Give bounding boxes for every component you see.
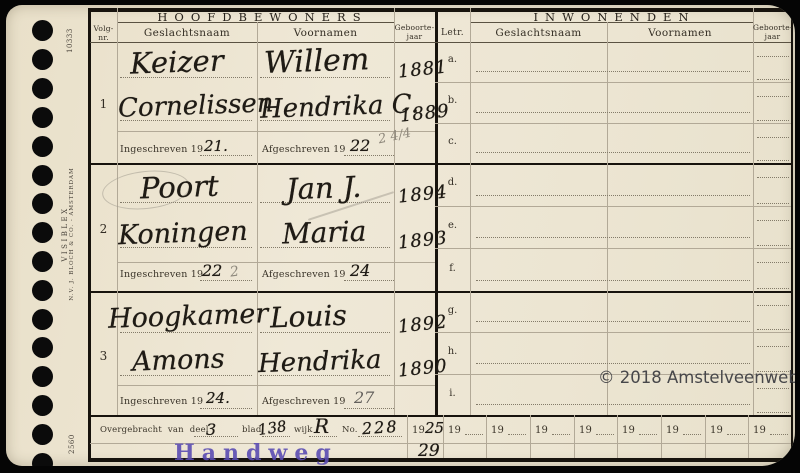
ingeschreven-label: Ingeschreven 19: [120, 396, 203, 407]
surname-entry: Amons: [132, 345, 225, 375]
dotted-writing-line: [757, 56, 789, 57]
dotted-writing-line: [757, 245, 789, 246]
grid-line: [117, 8, 118, 415]
firstname-entry: Willem: [264, 45, 370, 79]
birthyear-entry: 1890: [397, 357, 448, 380]
row-letter: i.: [435, 388, 470, 399]
row-letter: e.: [435, 220, 470, 231]
punch-hole: [32, 395, 53, 416]
column-header-letter: Letr.: [435, 28, 470, 38]
dotted-writing-line: [757, 137, 789, 138]
year-cell-value: 25: [425, 421, 444, 436]
row-letter: a.: [435, 54, 470, 65]
dotted-writing-line: [200, 408, 252, 409]
register-card: 10333 VISIBLEX N.V. J. BLOCH & CO. - AMS…: [6, 5, 795, 466]
row-letter: c.: [435, 136, 470, 147]
grid-line: [435, 82, 791, 83]
year-cell-label: 19: [535, 425, 548, 436]
grid-line: [407, 415, 408, 458]
firstname-entry: Louis: [270, 302, 348, 333]
punch-hole: [32, 165, 53, 186]
year-cell-label: 19: [710, 425, 723, 436]
year-cell-label: 19: [753, 425, 766, 436]
dotted-writing-line: [757, 220, 789, 221]
row-letter: d.: [435, 177, 470, 188]
dotted-writing-line: [200, 280, 252, 281]
surname-entry: Hoogkamer: [108, 300, 269, 333]
column-header-voornamen: Voornamen: [607, 27, 753, 39]
dotted-writing-line: [757, 177, 789, 178]
grid-line: [607, 22, 608, 415]
dotted-writing-line: [508, 434, 526, 435]
dotted-writing-line: [757, 96, 789, 97]
dotted-writing-line: [757, 203, 789, 204]
blad-value: 138: [257, 419, 287, 438]
year-cell-label: 19: [412, 425, 425, 436]
punch-hole: [32, 107, 53, 128]
dotted-writing-line: [757, 120, 789, 121]
grid-line: [753, 8, 754, 415]
scan-background: 10333 VISIBLEX N.V. J. BLOCH & CO. - AMS…: [0, 0, 800, 473]
punch-hole: [32, 424, 53, 445]
afgeschreven-label: Afgeschreven 19: [262, 269, 346, 280]
pencil-note: 2: [229, 264, 240, 279]
grid-line: [117, 385, 435, 386]
punch-hole: [32, 280, 53, 301]
grid-line: [394, 8, 395, 415]
wijk-value: R: [314, 416, 329, 436]
year-cell-label: 19: [491, 425, 504, 436]
grid-line: [791, 8, 793, 461]
ingeschreven-year: 21.: [204, 139, 228, 154]
dotted-writing-line: [639, 434, 657, 435]
margin-code-top: 10333: [66, 28, 74, 53]
overgebracht-label: Overgebracht van deel: [100, 425, 209, 435]
punch-hole: [32, 453, 53, 466]
birthyear-entry: 1892: [397, 313, 448, 336]
dotted-writing-line: [476, 71, 750, 72]
year-cell-label: 19: [622, 425, 635, 436]
year-cell-label: 19: [448, 425, 461, 436]
table-title-hoofdbewoners: HOOFDBEWONERS: [90, 10, 435, 24]
grid-line: [748, 415, 749, 458]
grid-line: [90, 163, 791, 165]
dotted-writing-line: [344, 280, 394, 281]
grid-line: [435, 206, 791, 207]
dotted-writing-line: [757, 288, 789, 289]
surname-entry: Cornelissen: [118, 90, 274, 121]
dotted-writing-line: [476, 237, 750, 238]
surname-entry: Keizer: [130, 46, 225, 78]
dotted-writing-line: [727, 434, 745, 435]
punch-hole: [32, 337, 53, 358]
punch-hole: [32, 309, 53, 330]
margin-code-bottom: 2560: [68, 434, 76, 454]
row-letter: f.: [435, 263, 470, 274]
dotted-writing-line: [757, 262, 789, 263]
watermark: © 2018 Amstelveenweb.com: [598, 368, 795, 387]
row-letter: b.: [435, 95, 470, 106]
punch-hole: [32, 78, 53, 99]
grid-line: [486, 415, 487, 458]
afgeschreven-label: Afgeschreven 19: [262, 144, 346, 155]
firstname-entry: Jan J.: [286, 173, 362, 205]
grid-line: [117, 262, 435, 263]
dotted-writing-line: [757, 346, 789, 347]
pencil-note: 2 4/4: [377, 127, 412, 147]
punch-hole: [32, 20, 53, 41]
house-number: 29: [418, 443, 440, 460]
column-header-geslachtsnaam: Geslachtsnaam: [470, 27, 607, 39]
grid-line: [574, 415, 575, 458]
firstname-entry: Hendrika C.: [260, 91, 420, 123]
grid-line: [90, 291, 791, 293]
afgeschreven-year: 24: [350, 263, 370, 279]
dotted-writing-line: [476, 321, 750, 322]
no-value: 228: [361, 419, 399, 438]
volgnr: 3: [90, 349, 117, 363]
column-header-volgnr: Volg-nr.: [90, 24, 117, 42]
afgeschreven-year: 22: [350, 138, 370, 154]
punch-hole: [32, 136, 53, 157]
table-title-inwonenden: INWONENDEN: [438, 10, 791, 24]
punch-hole: [32, 366, 53, 387]
dotted-writing-line: [757, 79, 789, 80]
dotted-writing-line: [476, 152, 750, 153]
afgeschreven-label: Afgeschreven 19: [262, 396, 346, 407]
surname-entry: Koningen: [118, 218, 249, 250]
dotted-writing-line: [757, 160, 789, 161]
grid-line: [530, 415, 531, 458]
surname-entry: Poort: [140, 172, 220, 204]
dotted-writing-line: [757, 412, 789, 413]
dotted-writing-line: [344, 408, 394, 409]
ingeschreven-year: 24.: [206, 391, 230, 406]
brand-subtitle: N.V. J. BLOCH & CO. - AMSTERDAM: [69, 158, 75, 310]
dotted-writing-line: [476, 404, 750, 405]
dotted-writing-line: [757, 388, 789, 389]
firstname-entry: Hendrika: [258, 347, 382, 377]
volgnr: 2: [90, 222, 117, 236]
birthyear-entry: 1893: [397, 229, 448, 252]
dotted-writing-line: [683, 434, 701, 435]
ingeschreven-label: Ingeschreven 19: [120, 144, 203, 155]
grid-line: [435, 332, 791, 333]
grid-line: [470, 8, 471, 415]
grid-line: [90, 42, 791, 43]
dotted-writing-line: [770, 434, 788, 435]
wijk-label: wijk: [294, 425, 313, 435]
dotted-writing-line: [200, 155, 252, 156]
ingeschreven-year: 22: [202, 263, 222, 279]
printer-brand: VISIBLEX N.V. J. BLOCH & CO. - AMSTERDAM: [61, 158, 75, 310]
row-letter: g.: [435, 305, 470, 316]
grid-line: [90, 415, 791, 417]
punch-hole: [32, 49, 53, 70]
dotted-writing-line: [552, 434, 570, 435]
grid-line: [617, 415, 618, 458]
column-header-geboortejaar: Geboorte-jaar: [753, 23, 792, 41]
grid-line: [435, 248, 791, 249]
street-name-stamp: Handweg: [174, 440, 334, 466]
column-header-geslachtsnaam: Geslachtsnaam: [117, 27, 257, 39]
punch-hole: [32, 193, 53, 214]
column-header-voornamen: Voornamen: [257, 27, 394, 39]
dotted-writing-line: [476, 112, 750, 113]
brand-name: VISIBLEX: [61, 158, 69, 310]
dotted-writing-line: [757, 305, 789, 306]
column-header-geboortejaar: Geboorte-jaar: [394, 23, 435, 41]
dotted-writing-line: [465, 434, 483, 435]
grid-line: [705, 415, 706, 458]
deel-value: 3: [206, 422, 216, 438]
dotted-writing-line: [596, 434, 614, 435]
firstname-entry: Maria: [282, 218, 367, 249]
dotted-writing-line: [757, 329, 789, 330]
dotted-writing-line: [476, 195, 750, 196]
punch-hole: [32, 251, 53, 272]
row-letter: h.: [435, 346, 470, 357]
dotted-writing-line: [476, 363, 750, 364]
ingeschreven-label: Ingeschreven 19: [120, 269, 203, 280]
dotted-writing-line: [476, 280, 750, 281]
year-cell-label: 19: [579, 425, 592, 436]
volgnr: 1: [90, 97, 117, 111]
year-cell-label: 19: [666, 425, 679, 436]
grid-line: [661, 415, 662, 458]
afgeschreven-year: 27: [354, 390, 374, 406]
no-label: No.: [342, 425, 358, 435]
dotted-writing-line: [344, 155, 394, 156]
grid-line: [435, 123, 791, 124]
punch-hole: [32, 222, 53, 243]
